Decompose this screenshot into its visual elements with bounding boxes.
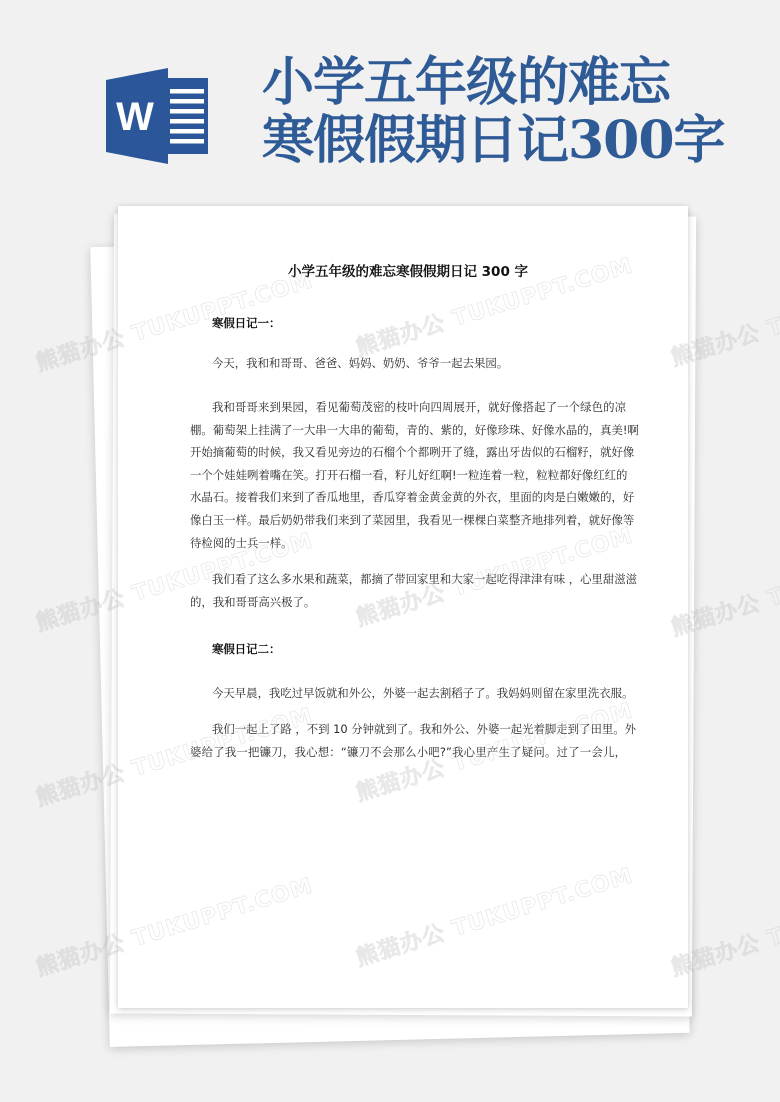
text-line: 婆给了我一把镰刀，我心想：“镰刀不会那么小吧?”我心里产生了疑问。过了一会儿，	[190, 741, 626, 764]
text-line: 开始摘葡萄的时候，我又看见旁边的石榴个个都咧开了缝，露出牙齿似的石榴籽，就好像	[190, 441, 626, 464]
paragraph: 我们看了这么多水果和蔬菜，都摘了带回家里和大家一起吃得津津有味 ，心里甜滋滋 的…	[190, 568, 626, 613]
banner-title: 小学五年级的难忘 寒假假期日记300字	[262, 54, 742, 170]
section-heading: 寒假日记二：	[212, 641, 280, 657]
banner-title-line-1: 小学五年级的难忘	[262, 54, 742, 112]
text-line: 一个个娃娃咧着嘴在笑。打开石榴一看，籽儿好红啊!一粒连着一粒，粒粒都好像红红的	[190, 464, 626, 487]
text-line: 我们看了这么多水果和蔬菜，都摘了带回家里和大家一起吃得津津有味 ，心里甜滋滋	[190, 568, 626, 591]
text-line: 待检阅的士兵一样。	[190, 532, 626, 555]
section-heading: 寒假日记一：	[212, 315, 280, 331]
svg-text:W: W	[116, 95, 154, 139]
word-document-icon: W	[106, 68, 210, 164]
document-page: 小学五年级的难忘寒假假期日记 300 字 寒假日记一： 今天，我和和哥哥、爸爸、…	[118, 206, 688, 1008]
text-line: 像白玉一样。最后奶奶带我们来到了菜园里，我看见一棵棵白菜整齐地排列着，就好像等	[190, 509, 626, 532]
banner-title-line-2: 寒假假期日记300字	[262, 112, 742, 170]
text-line: 我们一起上了路 ，不到 10 分钟就到了。我和外公、外婆一起光着脚走到了田里。外	[190, 718, 626, 741]
text-line: 的，我和哥哥高兴极了。	[190, 591, 626, 614]
header-banner: W 小学五年级的难忘 寒假假期日记300字	[0, 0, 780, 190]
text-line: 我和哥哥来到果园，看见葡萄茂密的枝叶向四周展开，就好像搭起了一个绿色的凉	[190, 396, 626, 419]
paragraph: 今天，我和和哥哥、爸爸、妈妈、奶奶、爷爷一起去果园。	[190, 352, 626, 375]
paragraph: 我们一起上了路 ，不到 10 分钟就到了。我和外公、外婆一起光着脚走到了田里。外…	[190, 718, 626, 763]
text-line: 今天早晨，我吃过早饭就和外公，外婆一起去割稻子了。我妈妈则留在家里洗衣服。	[190, 682, 626, 705]
paragraph: 今天早晨，我吃过早饭就和外公，外婆一起去割稻子了。我妈妈则留在家里洗衣服。	[190, 682, 626, 705]
text-line: 棚。葡萄架上挂满了一大串一大串的葡萄，青的、紫的，好像珍珠、好像水晶的，真美!啊	[190, 419, 626, 442]
document-title: 小学五年级的难忘寒假假期日记 300 字	[190, 260, 626, 280]
text-line: 今天，我和和哥哥、爸爸、妈妈、奶奶、爷爷一起去果园。	[190, 352, 626, 375]
text-line: 水晶石。接着我们来到了香瓜地里，香瓜穿着金黄金黄的外衣，里面的肉是白嫩嫩的，好	[190, 486, 626, 509]
paragraph: 我和哥哥来到果园，看见葡萄茂密的枝叶向四周展开，就好像搭起了一个绿色的凉 棚。葡…	[190, 396, 626, 554]
